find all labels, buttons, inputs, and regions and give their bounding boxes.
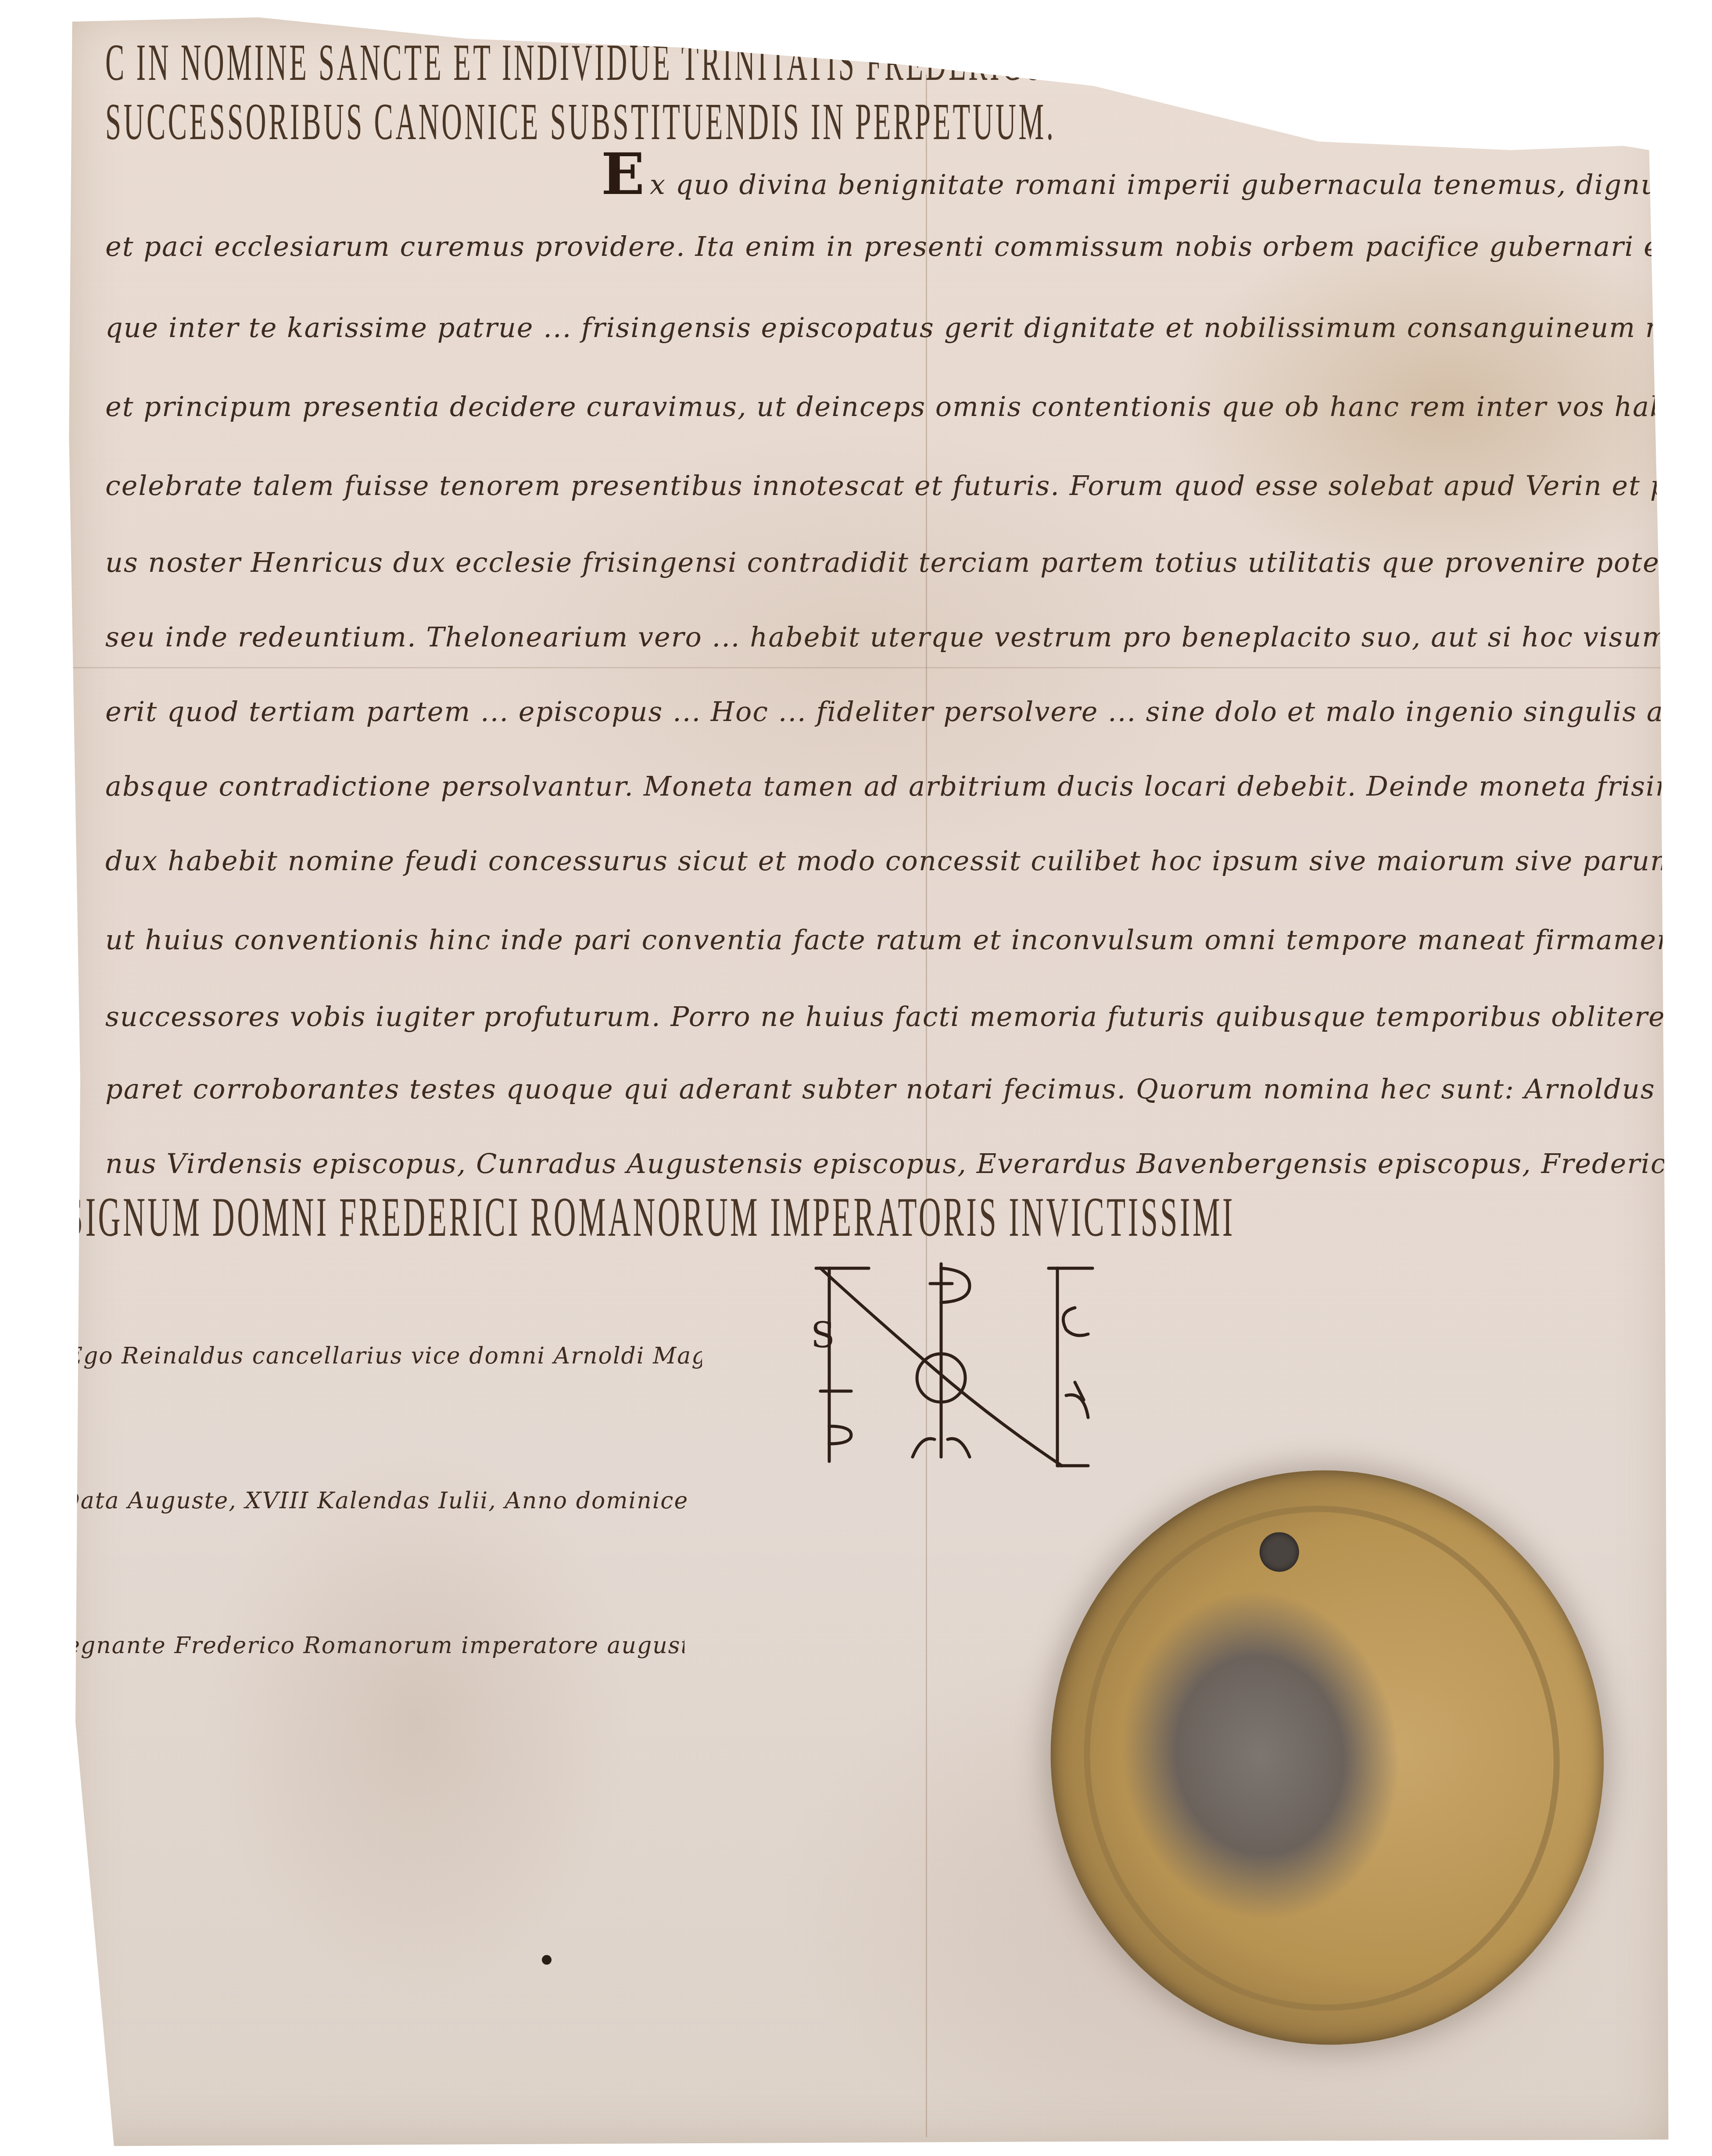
text-line-10: dux habebit nomine feudi concessurus sic…	[105, 845, 1694, 877]
vertical-fold-crease	[926, 75, 927, 2137]
protocol-line-1: C IN NOMINE SANCTE ET INDIVIDUE TRINITAT…	[105, 33, 1601, 93]
imperial-monogram-icon: S	[803, 1251, 1119, 1479]
charter-parchment: C IN NOMINE SANCTE ET INDIVIDUE TRINITAT…	[66, 9, 1672, 2150]
horizontal-fold-crease	[66, 667, 1672, 668]
text-line-4: et principum presentia decidere curavimu…	[105, 391, 1694, 423]
seal-rim	[1051, 1475, 1592, 2042]
decorated-initial-E: E	[601, 140, 645, 208]
text-line-9: absque contradictione persolvantur. Mone…	[105, 770, 1694, 802]
text-line-11: ut huius conventionis hinc inde pari con…	[105, 924, 1694, 956]
signum-line: SIGNUM DOMNI FREDERICI ROMANORUM IMPERAT…	[66, 1185, 1562, 1249]
text-line-8: erit quod tertiam partem ... episcopus .…	[105, 696, 1694, 728]
svg-text:S: S	[811, 1315, 835, 1356]
text-line-7: seu inde redeuntium. Thelonearium vero .…	[105, 621, 1694, 653]
text-line-12: successores vobis iugiter profuturum. Po…	[105, 1001, 1694, 1033]
recognition-line: Ego Reinaldus cancellarius vice domni Ar…	[66, 1343, 702, 1369]
text-line-2: et paci ecclesiarum curemus providere. I…	[105, 230, 1694, 262]
text-line-5: celebrate talem fuisse tenorem presentib…	[105, 470, 1694, 502]
text-line-13: paret corroborantes testes quoque qui ad…	[105, 1073, 1694, 1105]
regnal-line: Regnante Frederico Romanorum imperatore …	[48, 1632, 684, 1659]
dating-line: Data Auguste, XVIII Kalendas Iulii, Anno…	[61, 1488, 698, 1514]
imperial-seal-icon	[1014, 1435, 1641, 2081]
text-line-14: nus Virdensis episcopus, Cunradus August…	[105, 1148, 1694, 1180]
text-line-3: que inter te karissime patrue ... frisin…	[105, 312, 1694, 344]
text-line-6: us noster Henricus dux ecclesie frisinge…	[105, 546, 1694, 578]
ink-blot	[542, 1955, 552, 1965]
text-line-1: Ex quo divina benignitate romani imperii…	[601, 140, 1654, 208]
